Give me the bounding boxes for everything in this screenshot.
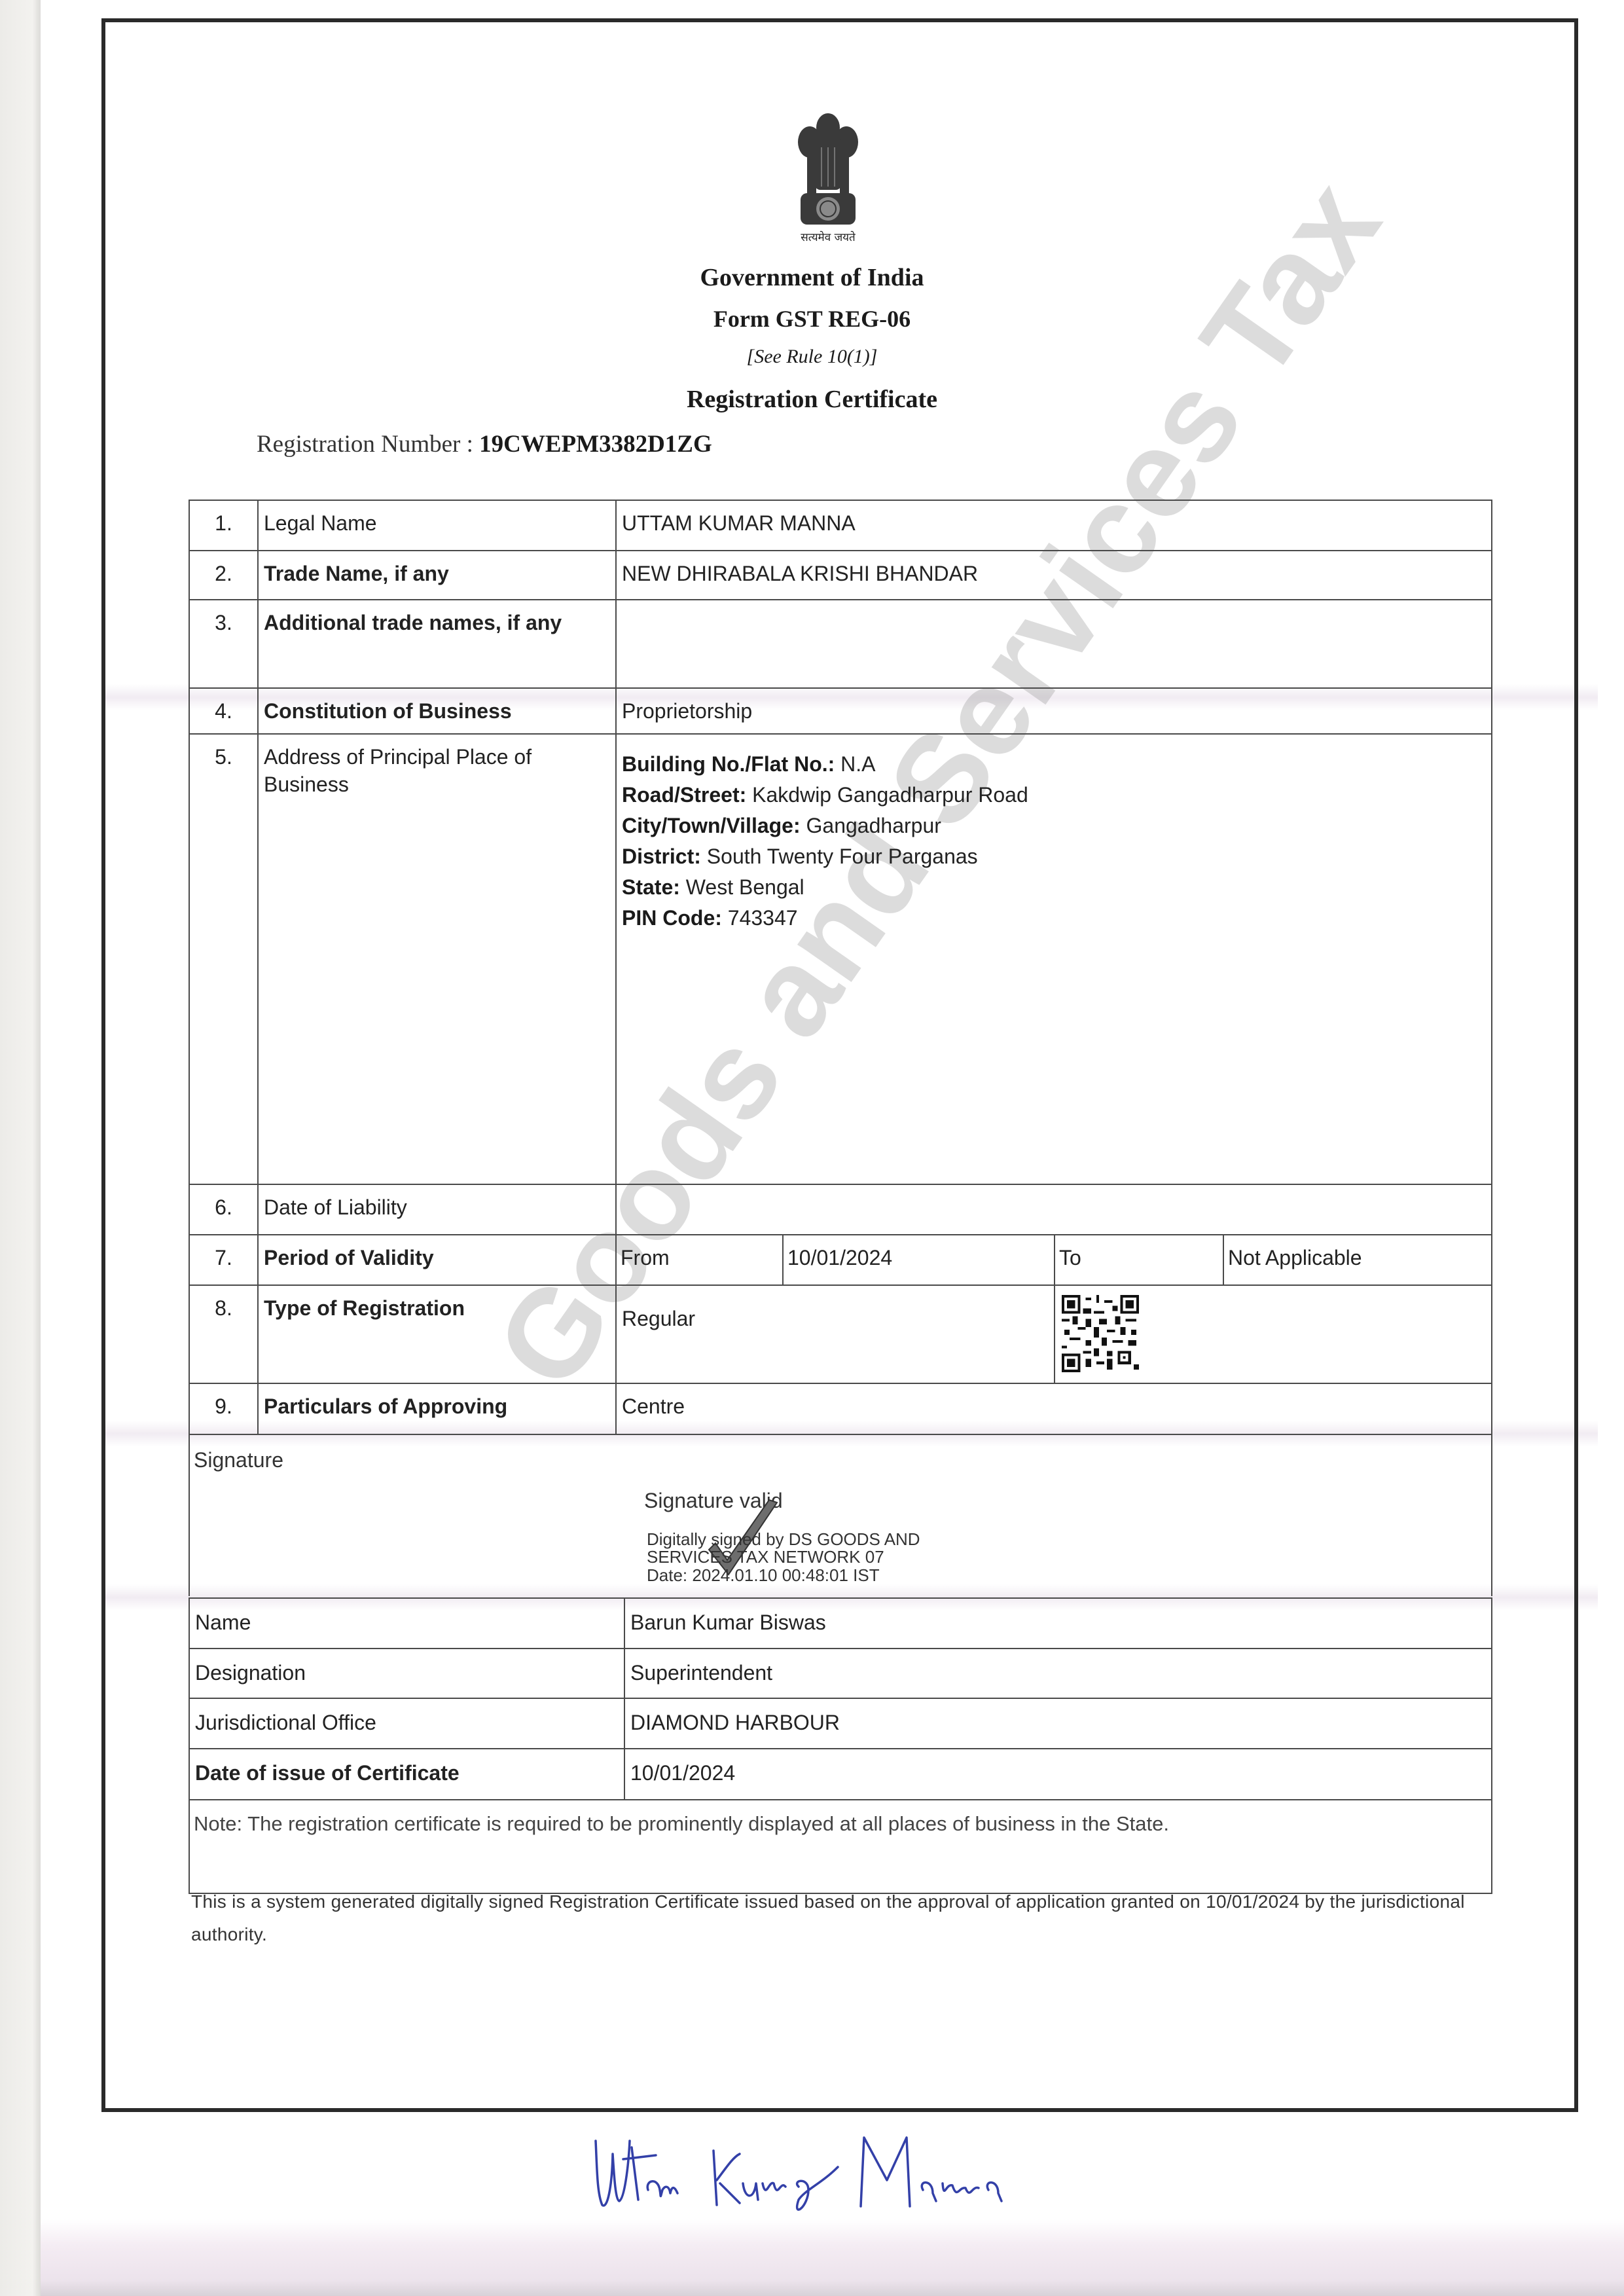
table-row: 6. Date of Liability — [189, 1184, 1492, 1235]
row-number: 1. — [189, 500, 258, 551]
row-label: Legal Name — [258, 500, 616, 551]
table-row: Jurisdictional Office DIAMOND HARBOUR — [189, 1698, 1492, 1749]
designation-value: Superintendent — [624, 1649, 1492, 1698]
government-heading: Government of India — [0, 263, 1624, 292]
row-number: 5. — [189, 734, 258, 1184]
validity-to-value: Not Applicable — [1223, 1235, 1492, 1285]
row-number: 3. — [189, 600, 258, 688]
row-label: Additional trade names, if any — [258, 600, 616, 688]
constitution-value: Proprietorship — [616, 688, 1492, 734]
approving-authority-value: Centre — [616, 1383, 1492, 1434]
row-number: 6. — [189, 1184, 258, 1235]
registration-number: Registration Number : 19CWEPM3382D1ZG — [257, 430, 712, 458]
row-label: Constitution of Business — [258, 688, 616, 734]
address-state: State: West Bengal — [622, 872, 1486, 903]
form-number: Form GST REG-06 — [0, 305, 1624, 333]
officer-name-value: Barun Kumar Biswas — [624, 1598, 1492, 1649]
designation-label: Designation — [189, 1649, 624, 1698]
row-number: 7. — [189, 1235, 258, 1285]
registration-details-table: 1. Legal Name UTTAM KUMAR MANNA 2. Trade… — [189, 500, 1492, 1596]
emblem-motto: सत्यमेव जयते — [772, 229, 884, 244]
table-row: Name Barun Kumar Biswas — [189, 1598, 1492, 1649]
table-row: 4. Constitution of Business Proprietorsh… — [189, 688, 1492, 734]
address-district: District: South Twenty Four Parganas — [622, 841, 1486, 872]
address-city: City/Town/Village: Gangadharpur — [622, 811, 1486, 841]
scan-binding-strip — [0, 0, 41, 2296]
table-row: 3. Additional trade names, if any — [189, 600, 1492, 688]
validity-from-date: 10/01/2024 — [783, 1235, 1055, 1285]
legal-name-value: UTTAM KUMAR MANNA — [616, 500, 1492, 551]
officer-details-table: Name Barun Kumar Biswas Designation Supe… — [189, 1597, 1492, 1894]
trade-name-value: NEW DHIRABALA KRISHI BHANDAR — [616, 551, 1492, 600]
signature-row: Signature Signature valid Digitally sign… — [189, 1434, 1492, 1596]
jurisdictional-office-value: DIAMOND HARBOUR — [624, 1698, 1492, 1749]
rule-reference: [See Rule 10(1)] — [0, 346, 1624, 368]
table-row: 8. Type of Registration Regular — [189, 1285, 1492, 1383]
row-number: 9. — [189, 1383, 258, 1434]
issue-date-value: 10/01/2024 — [624, 1749, 1492, 1800]
table-row: 5. Address of Principal Place of Busines… — [189, 734, 1492, 1184]
address-pin: PIN Code: 743347 — [622, 903, 1486, 934]
qr-code-cell — [1055, 1285, 1492, 1383]
address-building: Building No./Flat No.: N.A — [622, 749, 1486, 780]
validity-from-label: From — [616, 1235, 783, 1285]
row-number: 4. — [189, 688, 258, 734]
row-number: 8. — [189, 1285, 258, 1383]
officer-name-label: Name — [189, 1598, 624, 1649]
table-row: 2. Trade Name, if any NEW DHIRABALA KRIS… — [189, 551, 1492, 600]
qr-code-icon[interactable] — [1062, 1295, 1139, 1372]
registration-number-label: Registration Number : — [257, 431, 473, 458]
date-of-liability-value — [616, 1184, 1492, 1235]
row-label: Trade Name, if any — [258, 551, 616, 600]
issue-date-label: Date of issue of Certificate — [189, 1749, 624, 1800]
table-row: 1. Legal Name UTTAM KUMAR MANNA — [189, 500, 1492, 551]
display-note: Note: The registration certificate is re… — [189, 1800, 1492, 1893]
row-label: Period of Validity — [258, 1235, 616, 1285]
signature-label: Signature — [194, 1447, 283, 1474]
handwritten-signature-icon: Uttam Kumar Manna — [583, 2128, 1231, 2213]
certificate-title: Registration Certificate — [0, 385, 1624, 414]
row-label: Type of Registration — [258, 1285, 616, 1383]
row-label: Address of Principal Place of Business — [258, 734, 616, 1184]
table-row: 7. Period of Validity From 10/01/2024 To… — [189, 1235, 1492, 1285]
registration-number-value: 19CWEPM3382D1ZG — [479, 431, 712, 458]
validity-to-label: To — [1055, 1235, 1223, 1285]
page-fold-shadow — [41, 2219, 1624, 2296]
registration-type-value: Regular — [616, 1285, 1055, 1383]
row-label: Particulars of Approving — [258, 1383, 616, 1434]
row-number: 2. — [189, 551, 258, 600]
address-value: Building No./Flat No.: N.A Road/Street: … — [616, 734, 1492, 1184]
system-generated-footer: This is a system generated digitally sig… — [191, 1886, 1494, 1951]
note-row: Note: The registration certificate is re… — [189, 1800, 1492, 1893]
address-road: Road/Street: Kakdwip Gangadharpur Road — [622, 780, 1486, 811]
table-row: Date of issue of Certificate 10/01/2024 — [189, 1749, 1492, 1800]
signature-cell: Signature Signature valid Digitally sign… — [189, 1434, 1492, 1596]
table-row: 9. Particulars of Approving Centre — [189, 1383, 1492, 1434]
national-emblem-icon — [795, 108, 861, 236]
digital-signature-details: Digitally signed by DS GOODS AND SERVICE… — [647, 1531, 920, 1584]
jurisdictional-office-label: Jurisdictional Office — [189, 1698, 624, 1749]
additional-trade-names-value — [616, 600, 1492, 688]
table-row: Designation Superintendent — [189, 1649, 1492, 1698]
row-label: Date of Liability — [258, 1184, 616, 1235]
